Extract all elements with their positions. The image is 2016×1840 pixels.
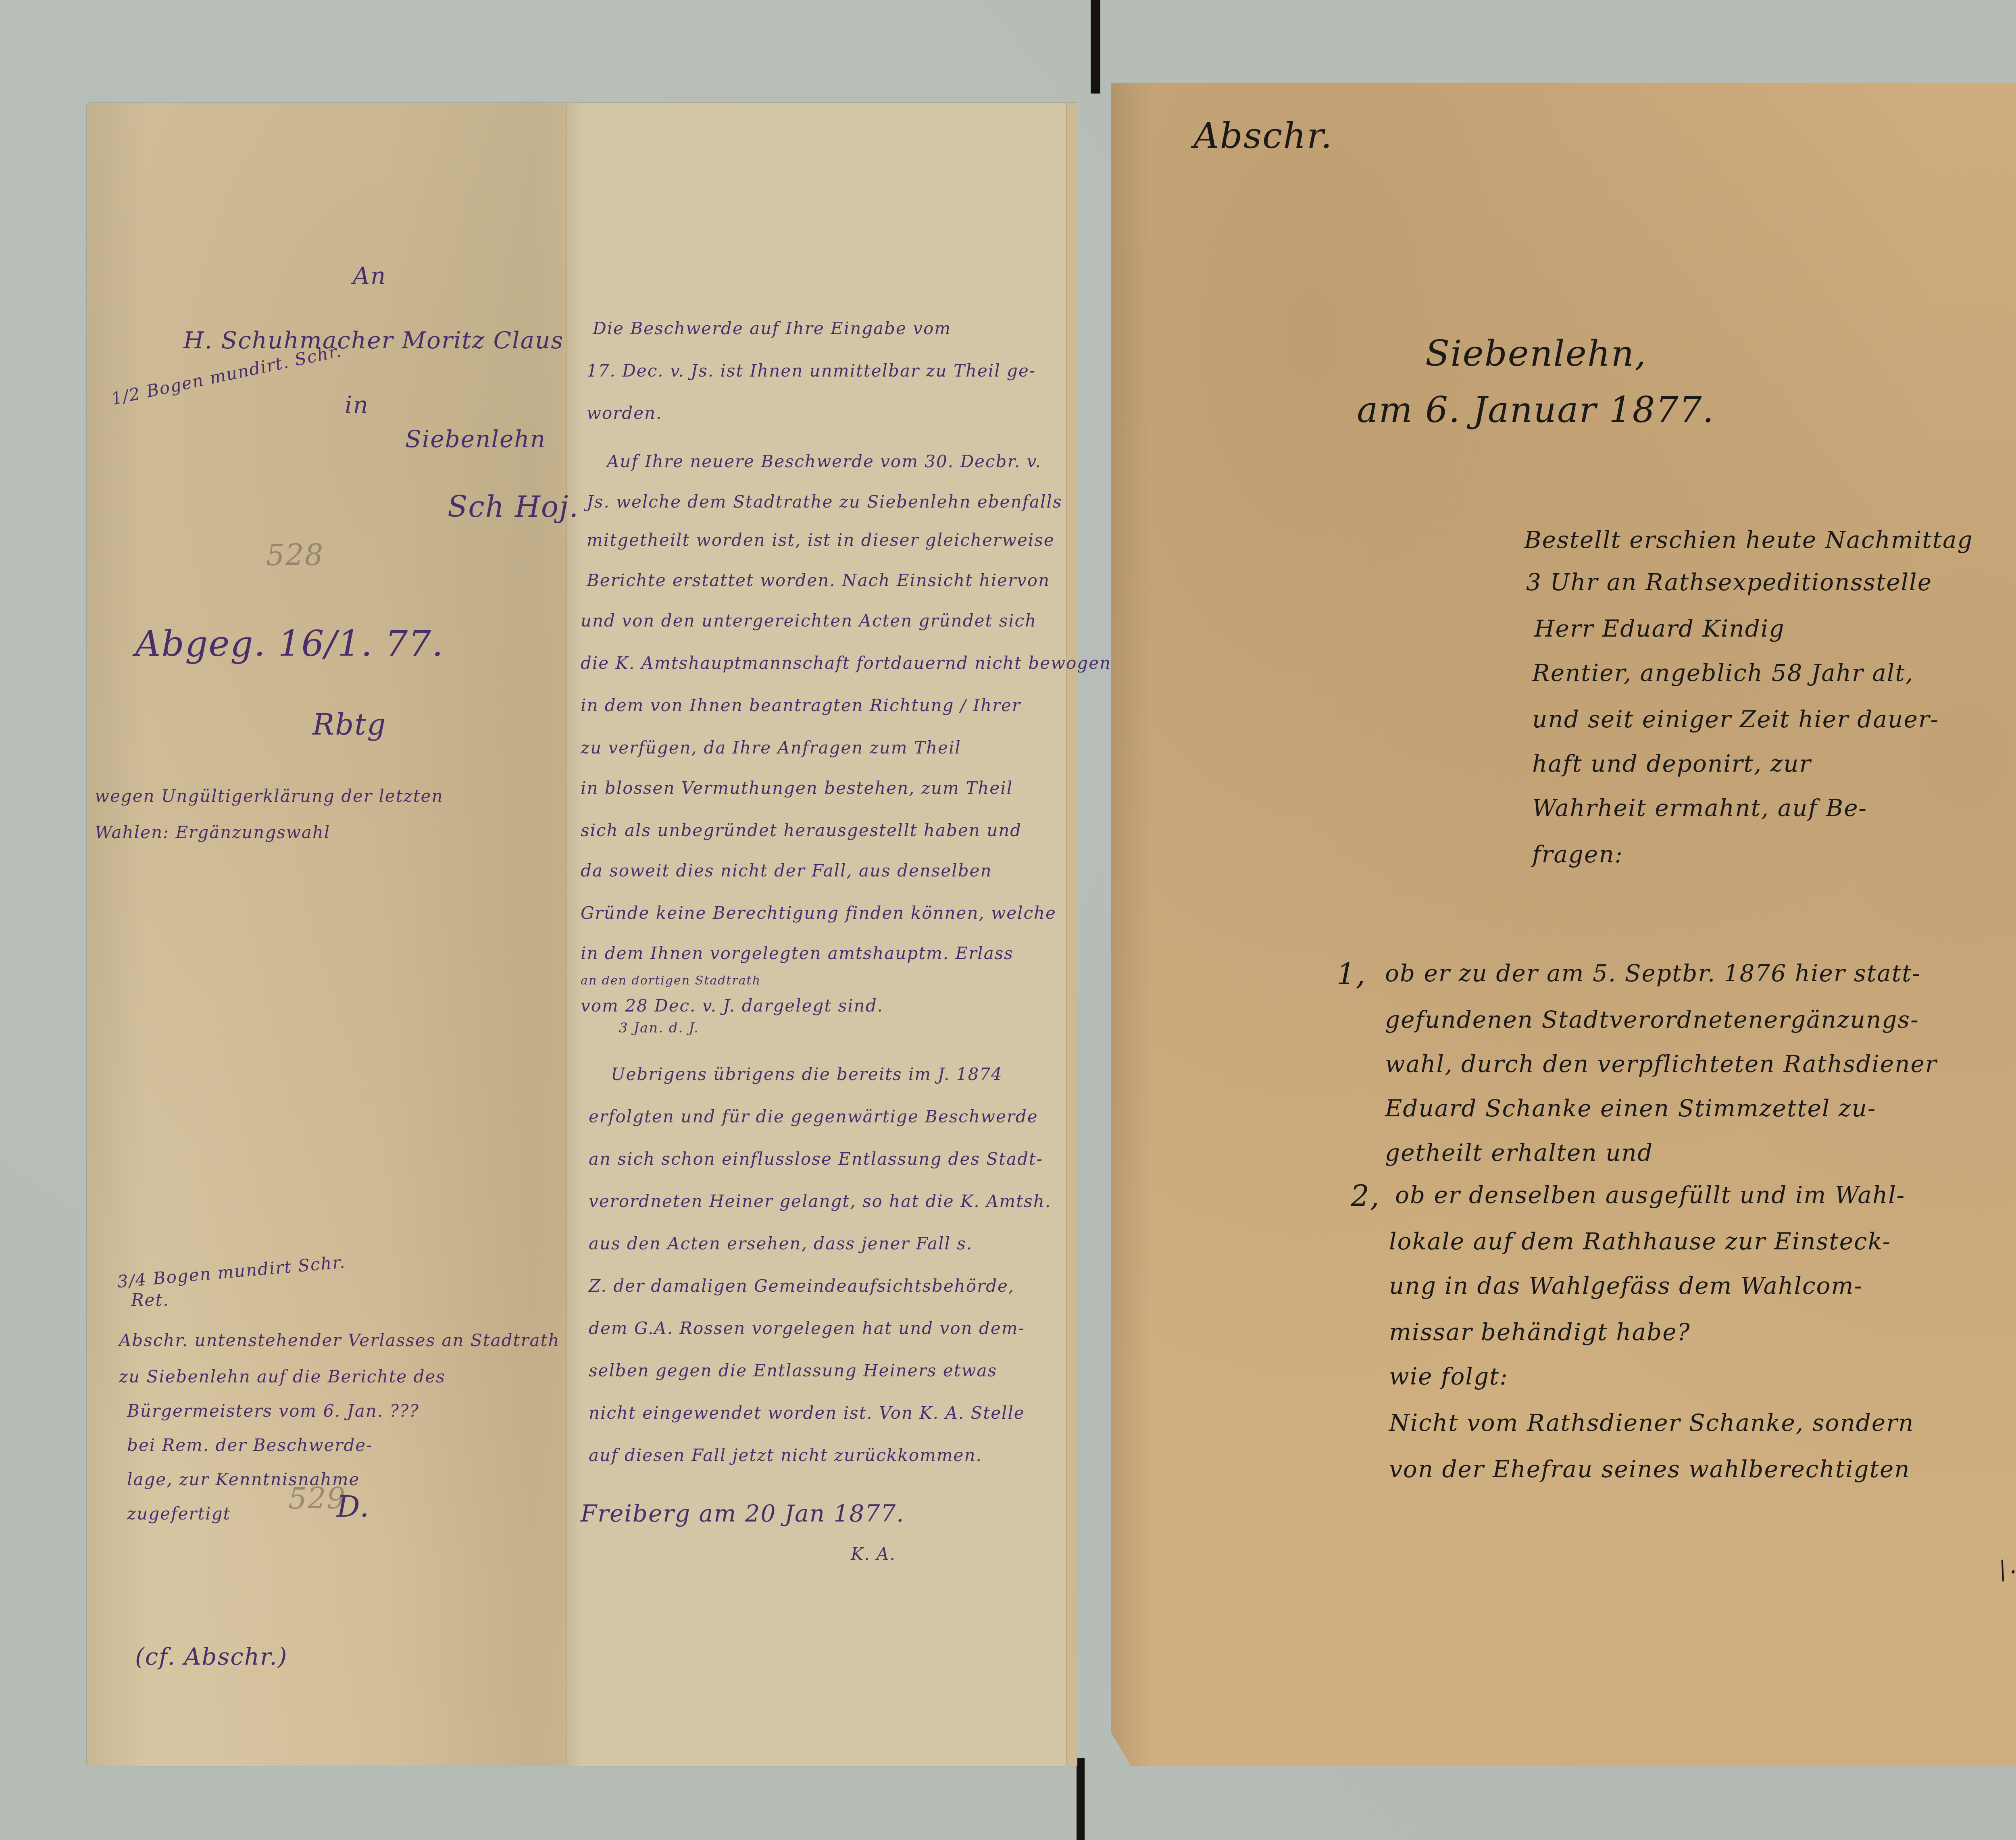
text-line: Js. welche dem Stadtrathe zu Siebenlehn … <box>587 492 1062 512</box>
dispatch-note: Abgeg. 16/1. 77. <box>135 623 444 664</box>
bottom-note-1: 3/4 Bogen mundirt Schr. <box>117 1252 346 1291</box>
bottom-line: bei Rem. der Beschwerde- <box>127 1435 373 1455</box>
question-number: 2, <box>1351 1179 1380 1213</box>
text-line: Gründe keine Berechtigung finden können,… <box>581 903 1056 923</box>
text-line: Die Beschwerde auf Ihre Eingabe vom <box>593 318 951 338</box>
place-name: Siebenlehn <box>405 425 546 453</box>
date-heading: am 6. Januar 1877. <box>1357 389 1714 431</box>
question-line: gefundenen Stadtverordnetenergänzungs- <box>1385 1006 1919 1033</box>
addressee: H. Schuhmacher Moritz Claus <box>183 327 564 354</box>
text-insertion: 3 Jan. d. J. <box>619 1020 699 1036</box>
addressee-text: H. Schuhmacher Moritz Claus <box>183 327 564 354</box>
closing-note: (cf. Abschr.) <box>135 1643 287 1670</box>
text-line: worden. <box>587 403 662 423</box>
bottom-note-2: Ret. <box>131 1290 169 1310</box>
text-line: 17. Dec. v. Js. ist Ihnen unmittelbar zu… <box>587 361 1036 381</box>
answer-line: Nicht vom Rathsdiener Schanke, sondern <box>1389 1409 1914 1436</box>
intro-line: fragen: <box>1532 841 1623 868</box>
question-line: getheilt erhalten und <box>1385 1139 1653 1166</box>
answer-line: wie folgt: <box>1389 1363 1508 1390</box>
text-line: zu verfügen, da Ihre Anfragen zum Theil <box>581 738 961 758</box>
signature: K. A. <box>851 1544 896 1564</box>
question-line: wahl, durch den verpflichteten Rathsdien… <box>1385 1050 1937 1078</box>
intro-line: und seit einiger Zeit hier dauer- <box>1532 706 1939 733</box>
salutation: An <box>353 262 386 289</box>
intro-line: Wahrheit ermahnt, auf Be- <box>1532 794 1867 822</box>
right-page: Abschr. Siebenlehn, am 6. Januar 1877. B… <box>1111 83 2016 1766</box>
binding-clip-bottom <box>1077 1758 1085 1840</box>
question-line: Eduard Schanke einen Stimmzettel zu- <box>1385 1095 1876 1122</box>
question-line: missar behändigt habe? <box>1389 1318 1691 1346</box>
text-line: dem G.A. Rossen vorgelegen hat und von d… <box>589 1318 1025 1338</box>
text-line: die K. Amtshauptmannschaft fortdauernd n… <box>581 653 1117 673</box>
text-line: in dem von Ihnen beantragten Richtung / … <box>581 695 1021 715</box>
bottom-line: Abschr. untenstehender Verlasses an Stad… <box>119 1330 560 1350</box>
subject-line-1: wegen Ungültigerklärung der letzten <box>95 786 443 806</box>
intro-line: haft und deponirt, zur <box>1532 750 1811 777</box>
question-number: 1, <box>1337 957 1366 991</box>
left-page-fold-strip <box>1066 103 1077 1766</box>
header-mark: Abschr. <box>1193 115 1333 156</box>
text-line: selben gegen die Entlassung Heiners etwa… <box>589 1361 997 1380</box>
text-line: sich als unbegründet herausgestellt habe… <box>581 820 1022 840</box>
bottom-line: Bürgermeisters vom 6. Jan. ??? <box>127 1401 419 1421</box>
text-line: erfolgten und für die gegenwärtige Besch… <box>589 1107 1038 1126</box>
text-line: und von den untergereichten Acten gründe… <box>581 611 1037 631</box>
question-line: lokale auf dem Rathhause zur Einsteck- <box>1389 1228 1891 1255</box>
bottom-line: zu Siebenlehn auf die Berichte des <box>119 1367 446 1386</box>
question-line: ob er zu der am 5. Septbr. 1876 hier sta… <box>1385 960 1921 987</box>
question-line: ob er denselben ausgefüllt und im Wahl- <box>1395 1181 1905 1209</box>
initials-1: Sch Hoj. <box>448 490 579 524</box>
text-line: da soweit dies nicht der Fall, aus dense… <box>581 861 992 880</box>
place-heading: Siebenlehn, <box>1425 333 1647 374</box>
text-line: nicht eingewendet worden ist. Von K. A. … <box>589 1403 1025 1423</box>
intro-line: Herr Eduard Kindig <box>1534 615 1785 642</box>
binding-clip-top <box>1091 0 1100 94</box>
text-line: an sich schon einflusslose Entlassung de… <box>589 1149 1043 1169</box>
intro-line: Bestellt erschien heute Nachmittag <box>1524 526 1973 554</box>
initials-2: Rbtg <box>312 708 386 741</box>
intro-line: 3 Uhr an Rathsexpeditionsstelle <box>1526 568 1932 596</box>
text-line: Berichte erstattet worden. Nach Einsicht… <box>587 570 1050 590</box>
text-line: in dem Ihnen vorgelegten amtshauptm. Erl… <box>581 943 1014 963</box>
text-line: verordneten Heiner gelangt, so hat die K… <box>589 1191 1051 1211</box>
corner-mark: /. <box>1992 1552 2016 1584</box>
subject-line-2: Wahlen: Ergänzungswahl <box>95 822 330 842</box>
archive-number-1: 528 <box>266 538 324 572</box>
intro-line: Rentier, angeblich 58 Jahr alt, <box>1532 659 1914 687</box>
text-line: mitgetheilt worden ist, ist in dieser gl… <box>587 530 1055 550</box>
text-insertion: an den dortigen Stadtrath <box>581 974 761 988</box>
text-line: vom 28 Dec. v. J. dargelegt sind. <box>581 996 883 1016</box>
answer-line: von der Ehefrau seines wahlberechtigten <box>1389 1455 1910 1483</box>
bottom-line: zugefertigt <box>127 1504 231 1524</box>
preposition-in: in <box>345 391 369 418</box>
place-date: Freiberg am 20 Jan 1877. <box>581 1500 905 1527</box>
text-line: in blossen Vermuthungen bestehen, zum Th… <box>581 778 1013 798</box>
initials-3: D. <box>337 1490 370 1524</box>
text-line: Uebrigens übrigens die bereits im J. 187… <box>611 1064 1003 1084</box>
text-line: auf diesen Fall jetzt nicht zurückkommen… <box>589 1445 982 1465</box>
text-line: Z. der damaligen Gemeindeaufsichtsbehörd… <box>589 1276 1014 1296</box>
text-line: aus den Acten ersehen, dass jener Fall s… <box>589 1234 973 1253</box>
question-line: ung in das Wahlgefäss dem Wahlcom- <box>1389 1272 1863 1299</box>
left-page: An H. Schuhmacher Moritz Claus 1/2 Bogen… <box>87 103 1077 1766</box>
text-line: Auf Ihre neuere Beschwerde vom 30. Decbr… <box>607 452 1041 471</box>
